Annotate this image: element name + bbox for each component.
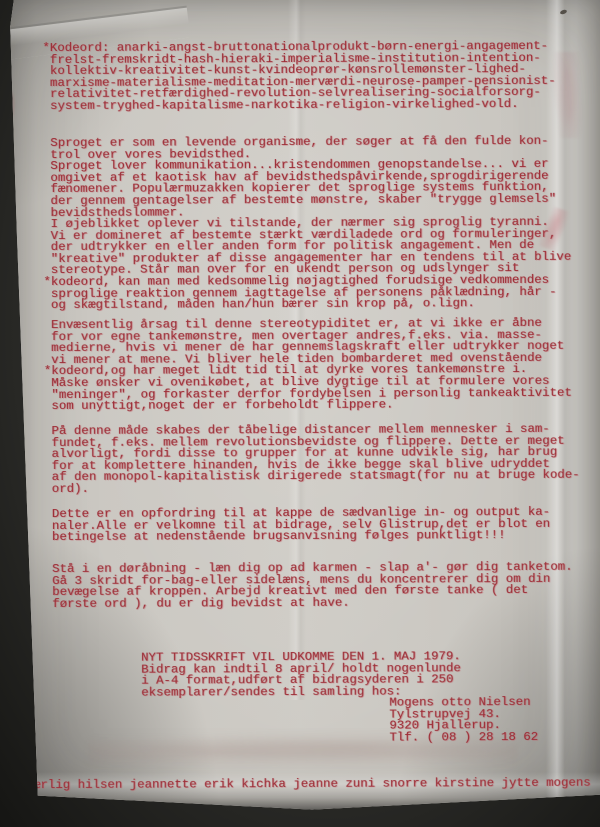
address-block: Mogens otto Nielsen Tylstrupvej 43. 9320… (389, 697, 538, 744)
typewritten-text-layer: *Kodeord: anarki-angst-bruttonationalpro… (0, 0, 600, 827)
language-paragraph: Sproget er som en levende organisme, der… (43, 136, 556, 219)
tyranny-paragraph: I øjeblikket oplever vi tilstande, der n… (43, 217, 571, 312)
invitation-paragraph: Dette er en opfordring til at kappe de s… (44, 507, 550, 544)
distances-paragraph: På denne måde skabes der tåbelige distan… (44, 424, 580, 496)
causes-paragraph: Envæsentlig årsag til denne stereotypidi… (44, 318, 572, 413)
photo-backdrop: *Kodeord: anarki-angst-bruttonationalpro… (0, 0, 600, 827)
greeting-line: kærlig hilsen jeannette erik kichka jean… (26, 778, 591, 792)
code-words-paragraph: *Kodeord: anarki-angst-bruttonationalpro… (42, 41, 555, 113)
exercise-paragraph: Stå i en døråbning - læn dig op ad karme… (45, 562, 573, 611)
paper-sheet: *Kodeord: anarki-angst-bruttonationalpro… (0, 0, 600, 827)
announcement-block: NYT TIDSSKRIFT VIL UDKOMME DEN 1. MAJ 19… (141, 651, 461, 699)
